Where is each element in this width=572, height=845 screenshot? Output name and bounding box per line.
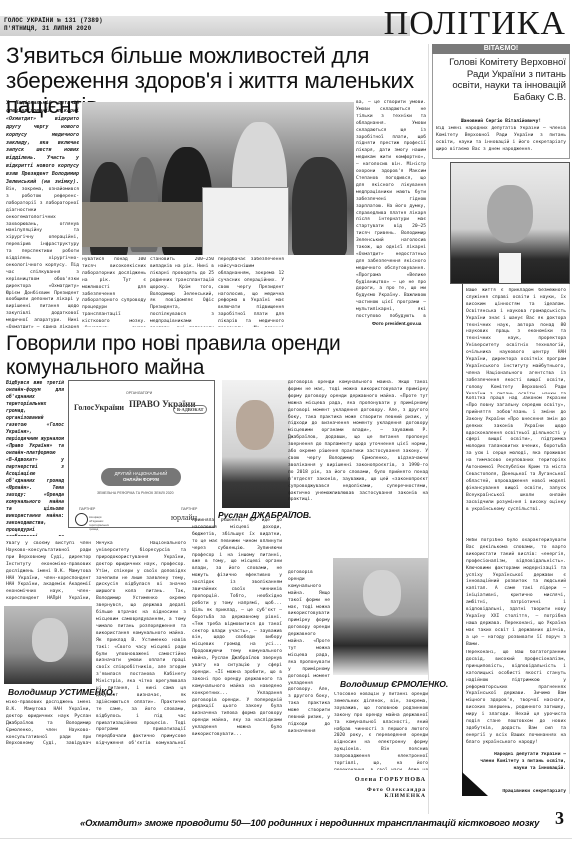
page-fold-corner <box>462 772 488 796</box>
congratulation-title: ВІТАЄМО! <box>432 44 570 54</box>
photo-face <box>32 618 68 662</box>
issue-info: ГОЛОС УКРАЇНИ № 131 (7389) П'ЯТНИЦЯ, 31 … <box>4 17 103 33</box>
article2-column-4: договорів оренди комунального майна. Якщ… <box>288 380 428 568</box>
congratulation-greeting: Шановний Сергію Віталійовичу! <box>436 119 566 125</box>
congratulation-signature: Народні депутати України — члени Комітет… <box>480 752 566 780</box>
article1-column-5: ва, — це створити умови. Умови складають… <box>356 100 426 320</box>
golos-ukrainy-logo: ГолосУкраїни <box>74 403 124 412</box>
photo-face <box>487 185 533 243</box>
article1-column-1: У Національній дитячій спеціалізованій л… <box>6 100 79 328</box>
forum-partner-label-2: ПАРТНЕР <box>181 507 197 511</box>
byline-photo: Фото Олександра КЛИМЕНКА <box>334 787 426 799</box>
article1-photo-credit: Фото president.gov.ua <box>372 321 421 326</box>
congratulation-recipient: Голові Комітету Верховної Ради України з… <box>436 57 566 103</box>
forum-title-line2: ОНЛАЙН ФОРУМ <box>101 477 181 483</box>
congratulation-body-3: Якби потрібно було охарактеризувати Вас … <box>466 538 566 648</box>
congratulation-body-1: Ваше життя є прикладом безмежного служін… <box>466 288 566 394</box>
photo-yermolenko <box>333 558 428 675</box>
congratulation-intro: Від імені народних депутатів України — ч… <box>436 126 566 156</box>
byline-author: Олена ГОРБУНОВА <box>334 777 426 783</box>
article1-column-2: нуватися понад 100 тисяч високоякісних л… <box>82 257 146 327</box>
article2-column-5: Стосовно новацій у питанні оренди земель… <box>334 692 428 770</box>
bottom-rule <box>0 838 572 839</box>
ohmatdyt-box <box>202 187 289 255</box>
photo-babak <box>450 162 570 284</box>
congratulation-body-4: Переконані, що Ваш багатогранний досвід,… <box>466 650 566 750</box>
article2-lead: Відбувся вже третій онлайн-форум для об'… <box>6 380 64 536</box>
sidebar-divider <box>428 44 429 814</box>
page-number: 3 <box>555 808 564 829</box>
forum-partner-label: ПАРТНЕР <box>79 507 95 511</box>
article1-column-4: передбачає забезпечення найсучаснішим об… <box>218 257 284 327</box>
forum-banner: ОРГАНІЗАТОРИ ГолосУкраїни ПРАВО України … <box>68 380 215 528</box>
photo-person <box>292 157 347 255</box>
congratulation-body-2: Копітка праця над Законом України «Про п… <box>466 396 566 536</box>
article2-column-4-cont: договорів оренди комунального майна. Якщ… <box>288 570 330 735</box>
photo-ustymenko <box>4 606 92 684</box>
article1-col1-text: Він, зокрема, ознайомився з роботою рефе… <box>6 187 79 328</box>
article2-column-2: Янчука Національного університету біорес… <box>96 541 186 748</box>
photo-president-visit <box>82 102 354 255</box>
article2-column-3: прийняла рішення, що йде до населення мі… <box>192 518 282 748</box>
footer-tagline: «Охматдит» зможе проводити 50—100 родинн… <box>80 818 539 829</box>
photo-face <box>363 570 401 616</box>
caption-yermolenko: Володимир ЄРМОЛЕНКО. <box>340 679 448 689</box>
article2-column-1a: Увагу у своєму виступі член Науково-конс… <box>6 541 91 603</box>
photo-shirt <box>499 253 521 284</box>
article2-headline: Говорили про нові правила оренди комунал… <box>6 332 431 380</box>
issue-date: П'ЯТНИЦЯ, 31 ЛИПНЯ 2020 <box>4 25 103 33</box>
section-title: ПОЛІТИКА <box>384 6 566 42</box>
issue-number: ГОЛОС УКРАЇНИ № 131 (7389) <box>4 17 103 25</box>
forum-partner1: Асоціація об'єднаних територіальних гром… <box>89 515 114 531</box>
article2-column-1b: міко-правових досліджень імені В.К. Маму… <box>6 700 91 748</box>
article1-lead: У Національній дитячій спеціалізованій л… <box>6 100 79 185</box>
congratulation-signature-2: Працівники секретаріату <box>480 789 566 797</box>
forum-organizers-label: ОРГАНІЗАТОРИ <box>126 391 152 395</box>
photo-dzhabrailov <box>222 380 290 508</box>
photo-face <box>236 400 274 450</box>
forum-subtitle: ЗЕМЕЛЬНА РЕФОРМА ТА РИНОК ЗЕМЛІ 2020 <box>97 491 174 495</box>
v-advokat-logo: В-АДВОКАТ <box>173 405 207 414</box>
association-emblem-icon <box>75 513 88 526</box>
forum-title-badge: ДРУГИЙ НАЦІОНАЛЬНИЙ ОНЛАЙН ФОРУМ <box>101 468 181 486</box>
article1-column-3: становить 200—250 випадків на рік. Нині … <box>150 257 214 327</box>
